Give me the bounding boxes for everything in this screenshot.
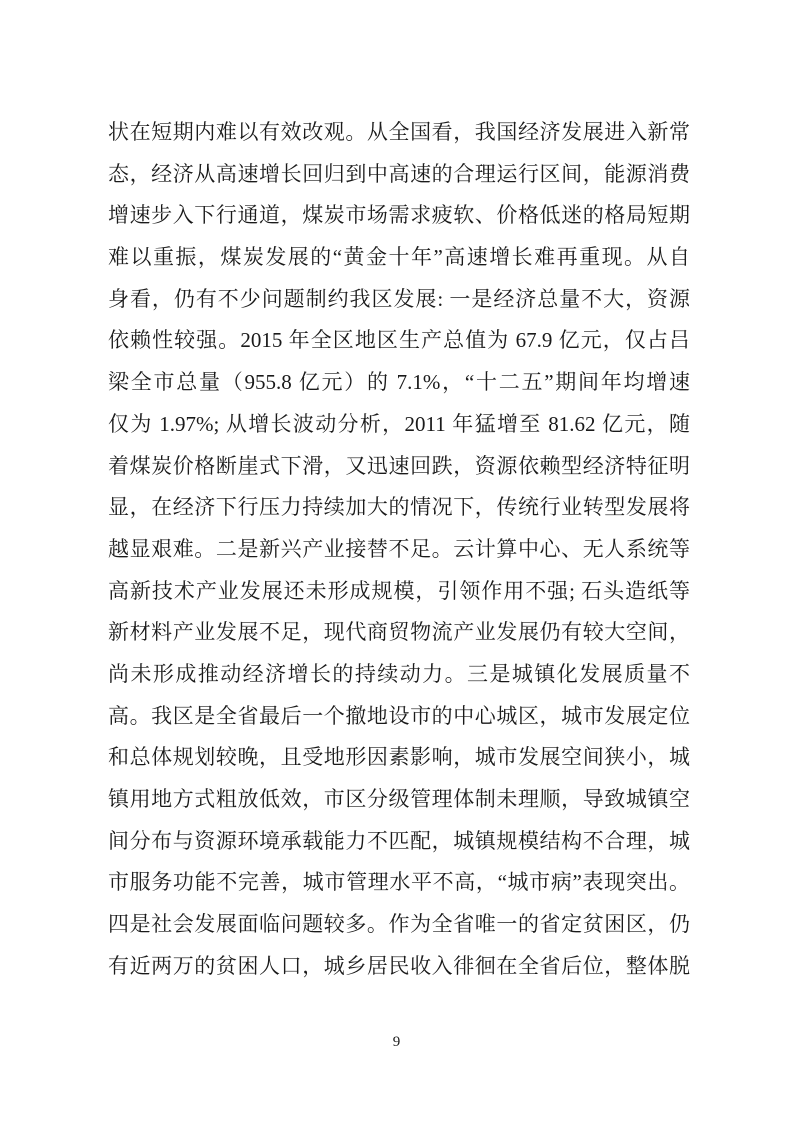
text-line: 新材料产业发展不足，现代商贸物流产业发展仍有较大空间， [108, 612, 690, 654]
text-line: 越显艰难。二是新兴产业接替不足。云计算中心、无人系统等 [108, 529, 690, 571]
text-line: 难以重振，煤炭发展的“黄金十年”高速增长难再重现。从自 [108, 237, 690, 279]
text-line: 镇用地方式粗放低效，市区分级管理体制未理顺，导致城镇空 [108, 779, 690, 821]
document-page: 状在短期内难以有效改观。从全国看，我国经济发展进入新常 态，经济从高速增长回归到… [0, 0, 793, 1122]
text-line: 高新技术产业发展还未形成规模，引领作用不强; 石头造纸等 [108, 571, 690, 613]
text-line: 着煤炭价格断崖式下滑，又迅速回跌，资源依赖型经济特征明 [108, 446, 690, 488]
page-number: 9 [0, 1034, 793, 1051]
text-line: 和总体规划较晚，且受地形因素影响，城市发展空间狭小，城 [108, 737, 690, 779]
text-line: 尚未形成推动经济增长的持续动力。三是城镇化发展质量不 [108, 654, 690, 696]
text-line: 仅为 1.97%; 从增长波动分析，2011 年猛增至 81.62 亿元，随 [108, 404, 690, 446]
text-line: 高。我区是全省最后一个撤地设市的中心城区，城市发展定位 [108, 696, 690, 738]
text-line: 增速步入下行通道，煤炭市场需求疲软、价格低迷的格局短期 [108, 195, 690, 237]
text-line: 四是社会发展面临问题较多。作为全省唯一的省定贫困区，仍 [108, 904, 690, 946]
text-line: 市服务功能不完善，城市管理水平不高，“城市病”表现突出。 [108, 862, 690, 904]
text-line: 梁全市总量（955.8 亿元）的 7.1%，“十二五”期间年均增速 [108, 362, 690, 404]
text-line: 显，在经济下行压力持续加大的情况下，传统行业转型发展将 [108, 487, 690, 529]
body-text: 状在短期内难以有效改观。从全国看，我国经济发展进入新常 态，经济从高速增长回归到… [108, 112, 690, 987]
text-line: 有近两万的贫困人口，城乡居民收入徘徊在全省后位，整体脱 [108, 946, 690, 988]
text-line: 间分布与资源环境承载能力不匹配，城镇规模结构不合理，城 [108, 821, 690, 863]
text-line: 态，经济从高速增长回归到中高速的合理运行区间，能源消费 [108, 154, 690, 196]
text-line: 依赖性较强。2015 年全区地区生产总值为 67.9 亿元，仅占吕 [108, 320, 690, 362]
text-line: 状在短期内难以有效改观。从全国看，我国经济发展进入新常 [108, 112, 690, 154]
text-line: 身看，仍有不少问题制约我区发展: 一是经济总量不大，资源 [108, 279, 690, 321]
